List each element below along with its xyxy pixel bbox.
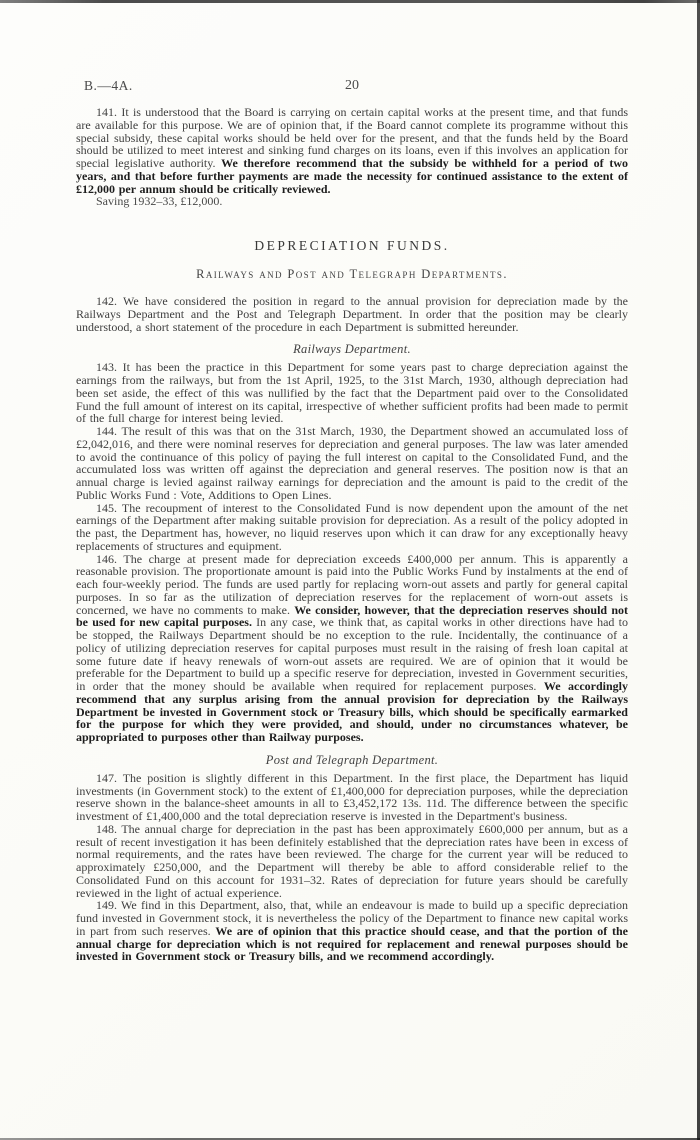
saving-line: Saving 1932–33, £12,000. [76,195,628,208]
text-block: B.—4A. 20 141. It is understood that the… [76,78,628,963]
section-subheading-departments: Railways and Post and Telegraph Departme… [76,267,628,282]
page-number: 20 [76,78,628,94]
paragraph-142: 142. We have considered the position in … [76,295,628,333]
scanned-report-page: B.—4A. 20 141. It is understood that the… [0,0,700,1140]
section-heading-depreciation-funds: DEPRECIATION FUNDS. [76,238,628,254]
paragraph-146: 146. The charge at present made for depr… [76,553,628,744]
paragraph-149: 149. We find in this Department, also, t… [76,899,628,963]
post-and-telegraph-department-heading: Post and Telegraph Department. [76,753,628,768]
paragraph-148: 148. The annual charge for depreciation … [76,823,628,900]
paragraph-141: 141. It is understood that the Board is … [76,106,628,195]
scan-artifact-top-edge [0,0,700,3]
paragraph-145: 145. The recoupment of interest to the C… [76,502,628,553]
paragraph-144: 144. The result of this was that on the … [76,425,628,502]
paragraph-143: 143. It has been the practice in this De… [76,361,628,425]
paragraph-147: 147. The position is slightly different … [76,772,628,823]
railways-department-heading: Railways Department. [76,342,628,357]
page-header: B.—4A. 20 [76,78,628,96]
